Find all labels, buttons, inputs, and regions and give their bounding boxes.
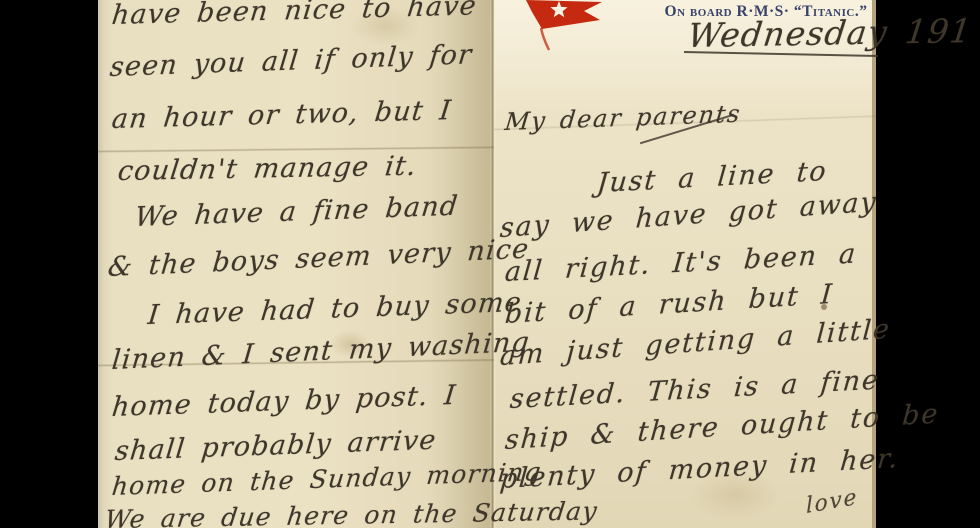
white-star-line-flag-icon: [512, 0, 612, 59]
paper-left-edge: [98, 0, 104, 528]
date-line: Wednesday 191: [686, 11, 975, 55]
photo-frame: On board R·M·S· “Titanic.” Wednesday 191…: [0, 0, 980, 528]
left-black-bar: [0, 0, 98, 528]
handwritten-line: couldn't manage it.: [116, 151, 419, 187]
